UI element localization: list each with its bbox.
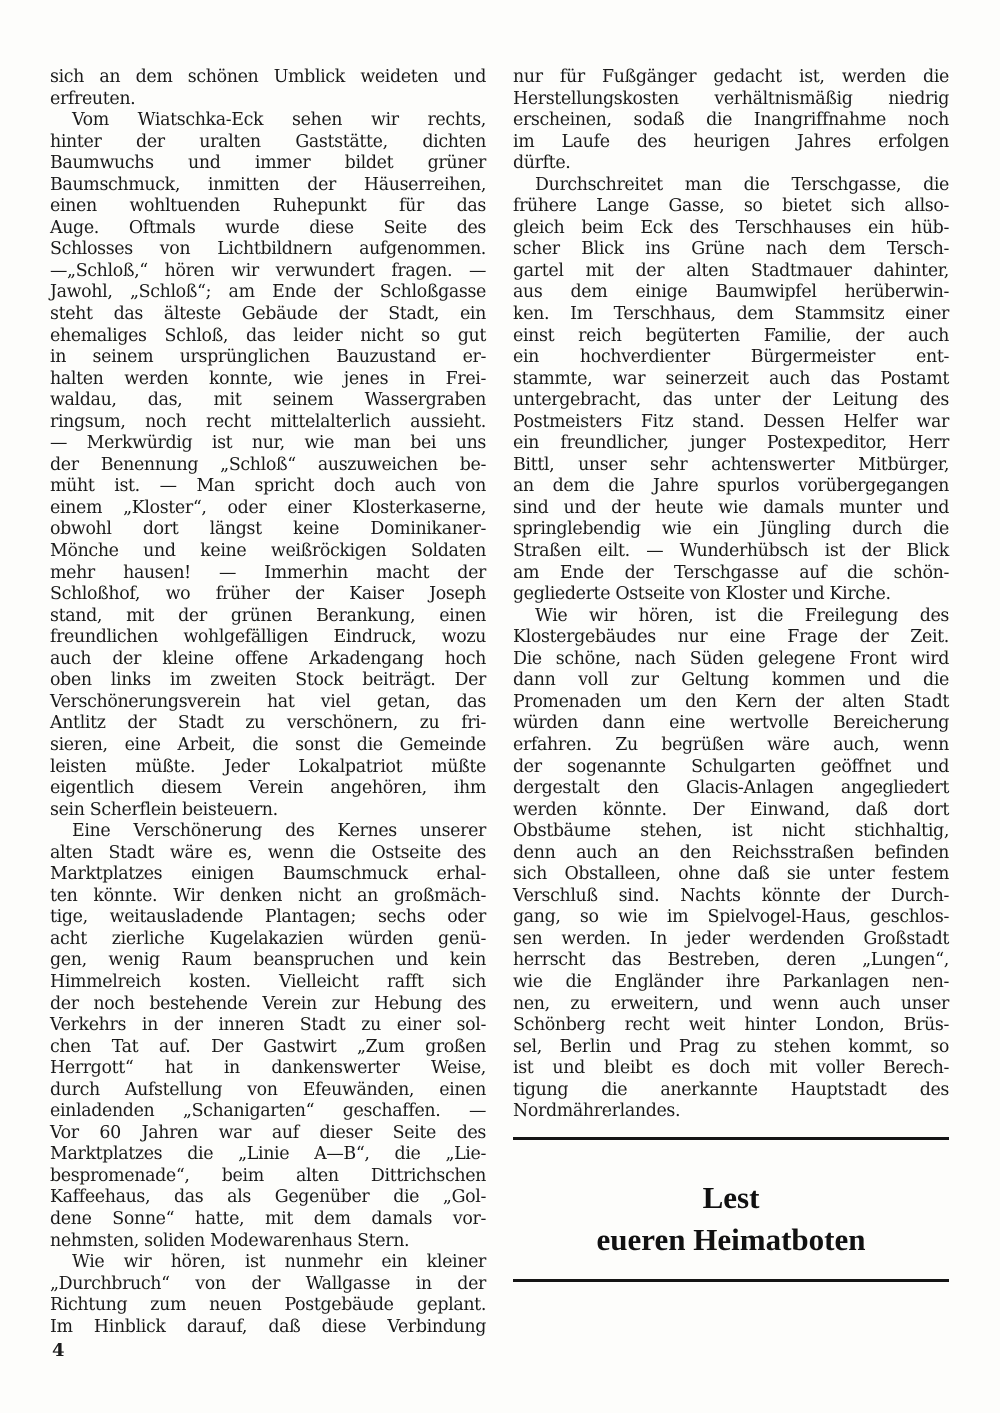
text-line: Bittl, unser sehr achtenswerter Mitbürge… [513,455,949,477]
text-line: Obstbäume stehen, ist nicht stichhaltig, [513,821,949,843]
text-line: obwohl dort längst keine Dominikaner- [50,519,486,541]
text-line: ein hochverdienter Bürgermeister ent- [513,347,949,369]
text-line: Wie wir hören, ist nunmehr ein kleiner [50,1252,486,1274]
text-line: leisten müßte. Jeder Lokalpatriot müßte [50,757,486,779]
text-line: Straßen eilt. — Wunderhübsch ist der Bli… [513,541,949,563]
text-line: einst reich begüterten Familie, der auch [513,326,949,348]
text-line: ringsum, noch recht mittelalterlich auss… [50,412,486,434]
text-line: sel, Berlin und Prag zu stehen kommt, so [513,1037,949,1059]
text-line: halten werden konnte, wie jenes in Frei- [50,369,486,391]
text-line: dergestalt den Glacis-Anlagen angegliede… [513,778,949,800]
text-line: Schönberg recht weit hinter London, Brüs… [513,1015,949,1037]
text-line: stand, mit der grünen Berankung, einen [50,606,486,628]
text-line: untergebracht, das unter der Leitung des [513,390,949,412]
advertisement-headline-line2: eueren Heimatboten [513,1222,949,1258]
text-line: am Ende der Terschgasse auf die schön- [513,563,949,585]
text-line: der noch bestehende Verein zur Hebung de… [50,994,486,1016]
text-line: —„Schloß,“ hören wir verwundert fragen. … [50,261,486,283]
article-column-left: sich an dem schönen Umblick weideten und… [50,67,486,1338]
text-line: sein Scherflein beisteuern. [50,800,486,822]
text-line: einen wohltuenden Ruhepunkt für das [50,196,486,218]
text-line: bespromenade“, beim alten Dittrichschen [50,1166,486,1188]
text-line: Herstellungskosten verhältnismäßig niedr… [513,89,949,111]
text-line: nen, zu erweitern, und wenn auch unser [513,994,949,1016]
text-line: waldau, das, mit seinem Wassergraben [50,390,486,412]
text-line: steht das älteste Gebäude der Stadt, ein [50,304,486,326]
text-line: sind und der heute wie damals munter und [513,498,949,520]
text-line: gen, wenig Raum beanspruchen und kein [50,950,486,972]
text-line: der Benennung „Schloß“ auszuweichen be- [50,455,486,477]
text-line: Auge. Oftmals wurde diese Seite des [50,218,486,240]
text-line: springlebendig wie ein Jüngling durch di… [513,519,949,541]
text-line: Vor 60 Jahren war auf dieser Seite des [50,1123,486,1145]
text-line: ten könnte. Wir denken nicht an großmäch… [50,886,486,908]
advertisement-bottom-rule [513,1279,949,1282]
text-line: Promenaden um den Kern der alten Stadt [513,692,949,714]
text-line: Schlosses von Lichtbildnern aufgenommen. [50,239,486,261]
text-line: nur für Fußgänger gedacht ist, werden di… [513,67,949,89]
text-line: werden könnte. Der Einwand, daß dort [513,800,949,822]
text-line: stammte, war seinerzeit auch das Postamt [513,369,949,391]
text-line: chen Tat auf. Der Gastwirt „Zum großen [50,1037,486,1059]
text-line: müht ist. — Man spricht doch auch von [50,476,486,498]
text-line: tige, weitausladende Plantagen; sechs od… [50,907,486,929]
text-line: Himmelreich kosten. Vielleicht rafft sic… [50,972,486,994]
text-line: gang, so wie im Spielvogel-Haus, geschlo… [513,907,949,929]
text-line: sich Obstalleen, ohne daß sie unter fest… [513,864,949,886]
article-column-right: nur für Fußgänger gedacht ist, werden di… [513,67,949,1123]
text-line: Verkehrs in der inneren Stadt zu einer s… [50,1015,486,1037]
text-line: gegliederte Ostseite von Kloster und Kir… [513,584,949,606]
text-line: Antlitz der Stadt zu verschönern, zu fri… [50,713,486,735]
text-line: sen werden. In jeder werdenden Großstadt [513,929,949,951]
text-line: freundlichen wohlgefälligen Eindruck, wo… [50,627,486,649]
text-line: einladenden „Schanigarten“ geschaffen. — [50,1101,486,1123]
advertisement-top-rule [513,1137,949,1140]
text-line: Die schöne, nach Süden gelegene Front wi… [513,649,949,671]
text-line: im Laufe des heurigen Jahres erfolgen [513,132,949,154]
text-line: wie die Engländer ihre Parkanlagen nen- [513,972,949,994]
text-line: aus dem einige Baumwipfel herüberwin- [513,282,949,304]
text-line: dene Sonne“ hatte, mit dem damals vor- [50,1209,486,1231]
text-line: erfreuten. [50,89,486,111]
text-line: der sogenannte Schulgarten geöffnet und [513,757,949,779]
text-line: Verschluß sind. Nachts könnte der Durch- [513,886,949,908]
text-line: Baumwuchs und immer bildet grüner [50,153,486,175]
text-line: hinter der uralten Gaststätte, dichten [50,132,486,154]
text-line: Herrgott“ hat in dankenswerter Weise, [50,1058,486,1080]
text-line: Kaffeehaus, das als Gegenüber die „Gol- [50,1187,486,1209]
text-line: ken. Im Terschhaus, dem Stammsitz einer [513,304,949,326]
text-line: „Durchbruch“ von der Wallgasse in der [50,1274,486,1296]
text-line: dann voll zur Geltung kommen und die [513,670,949,692]
text-line: Im Hinblick darauf, daß diese Verbindung [50,1317,486,1339]
text-line: gleich beim Eck des Terschhauses ein hüb… [513,218,949,240]
text-line: Schloßhof, wo früher der Kaiser Joseph [50,584,486,606]
text-line: denn auch an den Reichsstraßen befinden [513,843,949,865]
text-line: in seinem ursprünglichen Bauzustand er- [50,347,486,369]
text-line: Mönche und keine weißröckigen Soldaten [50,541,486,563]
text-line: scher Blick ins Grüne nach dem Tersch- [513,239,949,261]
page-number: 4 [52,1340,65,1361]
text-line: Eine Verschönerung des Kernes unserer [50,821,486,843]
text-line: ehemaliges Schloß, das leider nicht so g… [50,326,486,348]
text-line: durch Aufstellung von Efeuwänden, einen [50,1080,486,1102]
text-line: ist und bleibt es doch mit voller Berech… [513,1058,949,1080]
text-line: eigentlich diesem Verein angehören, ihm [50,778,486,800]
text-line: Verschönerungsverein hat viel getan, das [50,692,486,714]
text-line: alten Stadt wäre es, wenn die Ostseite d… [50,843,486,865]
text-line: Klostergebäudes nur eine Frage der Zeit. [513,627,949,649]
text-line: Marktplatzes die „Linie A—B“, die „Lie- [50,1144,486,1166]
text-line: nehmsten, soliden Modewarenhaus Stern. [50,1231,486,1253]
text-line: Postmeisters Fitz stand. Dessen Helfer w… [513,412,949,434]
text-line: Durchschreitet man die Terschgasse, die [513,175,949,197]
text-line: oben links im zweiten Stock beiträgt. De… [50,670,486,692]
text-line: erscheinen, sodaß die Inangriffnahme noc… [513,110,949,132]
text-line: sich an dem schönen Umblick weideten und [50,67,486,89]
text-line: ein freundlicher, junger Postexpeditor, … [513,433,949,455]
text-line: dürfte. [513,153,949,175]
text-line: frühere Lange Gasse, so bietet sich alls… [513,196,949,218]
text-line: erfahren. Zu begrüßen wäre auch, wenn [513,735,949,757]
text-line: an dem die Jahre spurlos vorübergegangen [513,476,949,498]
text-line: Wie wir hören, ist die Freilegung des [513,606,949,628]
text-line: einem „Kloster“, oder einer Klosterkaser… [50,498,486,520]
text-line: herrscht das Bestreben, deren „Lungen“, [513,950,949,972]
text-line: würden dann eine wertvolle Bereicherung [513,713,949,735]
text-line: Richtung zum neuen Postgebäude geplant. [50,1295,486,1317]
text-line: acht zierliche Kugelakazien würden genü- [50,929,486,951]
text-line: Jawohl, „Schloß“; am Ende der Schloßgass… [50,282,486,304]
advertisement-headline-line1: Lest [513,1180,949,1216]
text-line: sieren, eine Arbeit, die sonst die Gemei… [50,735,486,757]
text-line: Vom Wiatschka-Eck sehen wir rechts, [50,110,486,132]
text-line: Marktplatzes einigen Baumschmuck erhal- [50,864,486,886]
text-line: tigung die anerkannte Hauptstadt des [513,1080,949,1102]
text-line: — Merkwürdig ist nur, wie man bei uns [50,433,486,455]
text-line: Baumschmuck, inmitten der Häuserreihen, [50,175,486,197]
text-line: Nordmährerlandes. [513,1101,949,1123]
text-line: gartel mit der alten Stadtmauer dahinter… [513,261,949,283]
text-line: auch der kleine offene Arkadengang hoch [50,649,486,671]
text-line: mehr hausen! — Immerhin macht der [50,563,486,585]
